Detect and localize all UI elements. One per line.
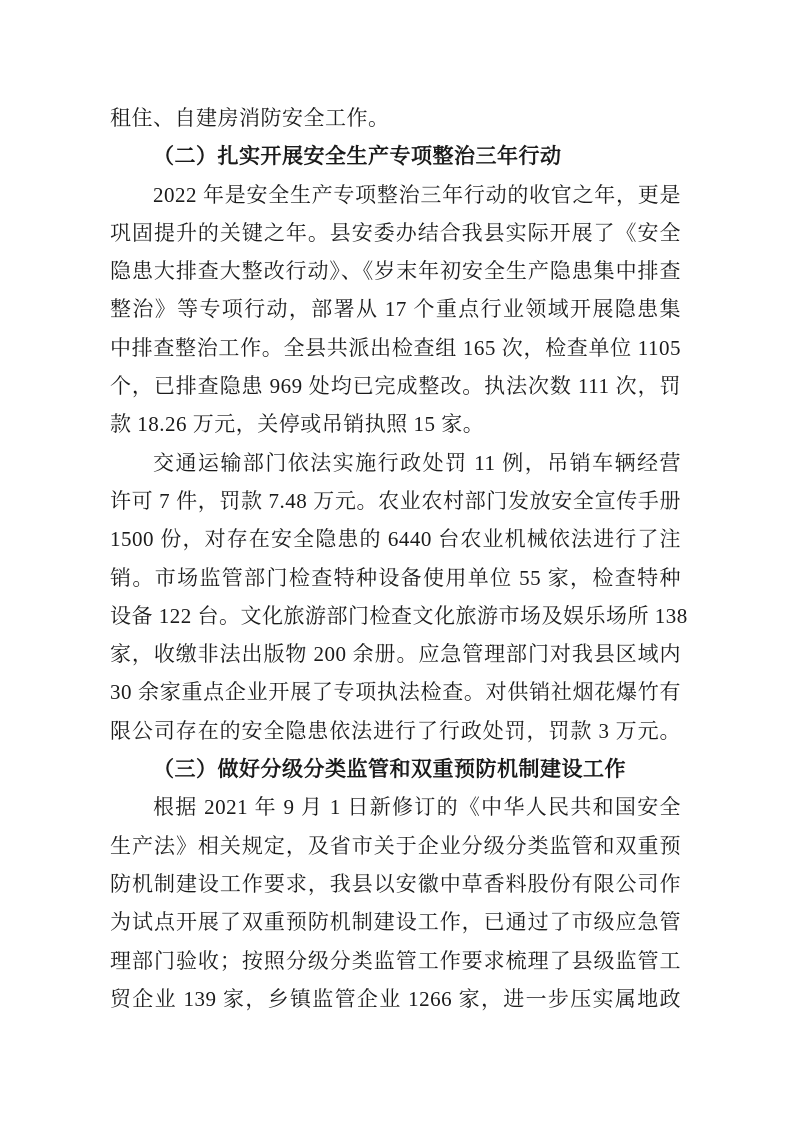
text-line: 交通运输部门依法实施行政处罚 11 例，吊销车辆经营 — [110, 444, 681, 482]
document-page: 租住、自建房消防安全工作。 （二）扎实开展安全生产专项整治三年行动 2022 年… — [0, 0, 793, 1122]
text-line: 租住、自建房消防安全工作。 — [110, 99, 681, 137]
section-heading: （二）扎实开展安全生产专项整治三年行动 — [110, 137, 681, 175]
text-line: 生产法》相关规定，及省市关于企业分级分类监管和双重预 — [110, 827, 681, 865]
text-line: 贸企业 139 家，乡镇监管企业 1266 家，进一步压实属地政 — [110, 980, 681, 1018]
text-line: 限公司存在的安全隐患依法进行了行政处罚，罚款 3 万元。 — [110, 712, 681, 750]
text-line: 整治》等专项行动，部署从 17 个重点行业领域开展隐患集 — [110, 290, 681, 328]
text-line: 为试点开展了双重预防机制建设工作，已通过了市级应急管 — [110, 903, 681, 941]
text-line: 30 余家重点企业开展了专项执法检查。对供销社烟花爆竹有 — [110, 673, 681, 711]
text-line: 防机制建设工作要求，我县以安徽中草香料股份有限公司作 — [110, 865, 681, 903]
text-line: 根据 2021 年 9 月 1 日新修订的《中华人民共和国安全 — [110, 788, 681, 826]
text-line: 个，已排查隐患 969 处均已完成整改。执法次数 111 次，罚 — [110, 367, 681, 405]
document-body: 租住、自建房消防安全工作。 （二）扎实开展安全生产专项整治三年行动 2022 年… — [110, 99, 681, 1018]
text-line: 销。市场监管部门检查特种设备使用单位 55 家，检查特种 — [110, 559, 681, 597]
text-line: 理部门验收；按照分级分类监管工作要求梳理了县级监管工 — [110, 942, 681, 980]
text-line: 1500 份，对存在安全隐患的 6440 台农业机械依法进行了注 — [110, 520, 681, 558]
text-line: 设备 122 台。文化旅游部门检查文化旅游市场及娱乐场所 138 — [110, 597, 681, 635]
text-line: 中排查整治工作。全县共派出检查组 165 次，检查单位 1105 — [110, 329, 681, 367]
text-line: 隐患大排查大整改行动》、《岁末年初安全生产隐患集中排查 — [110, 252, 681, 290]
text-line: 家，收缴非法出版物 200 余册。应急管理部门对我县区域内 — [110, 635, 681, 673]
text-line: 巩固提升的关键之年。县安委办结合我县实际开展了《安全 — [110, 214, 681, 252]
section-heading: （三）做好分级分类监管和双重预防机制建设工作 — [110, 750, 681, 788]
text-line: 款 18.26 万元，关停或吊销执照 15 家。 — [110, 405, 681, 443]
text-line: 2022 年是安全生产专项整治三年行动的收官之年，更是 — [110, 176, 681, 214]
text-line: 许可 7 件，罚款 7.48 万元。农业农村部门发放安全宣传手册 — [110, 482, 681, 520]
